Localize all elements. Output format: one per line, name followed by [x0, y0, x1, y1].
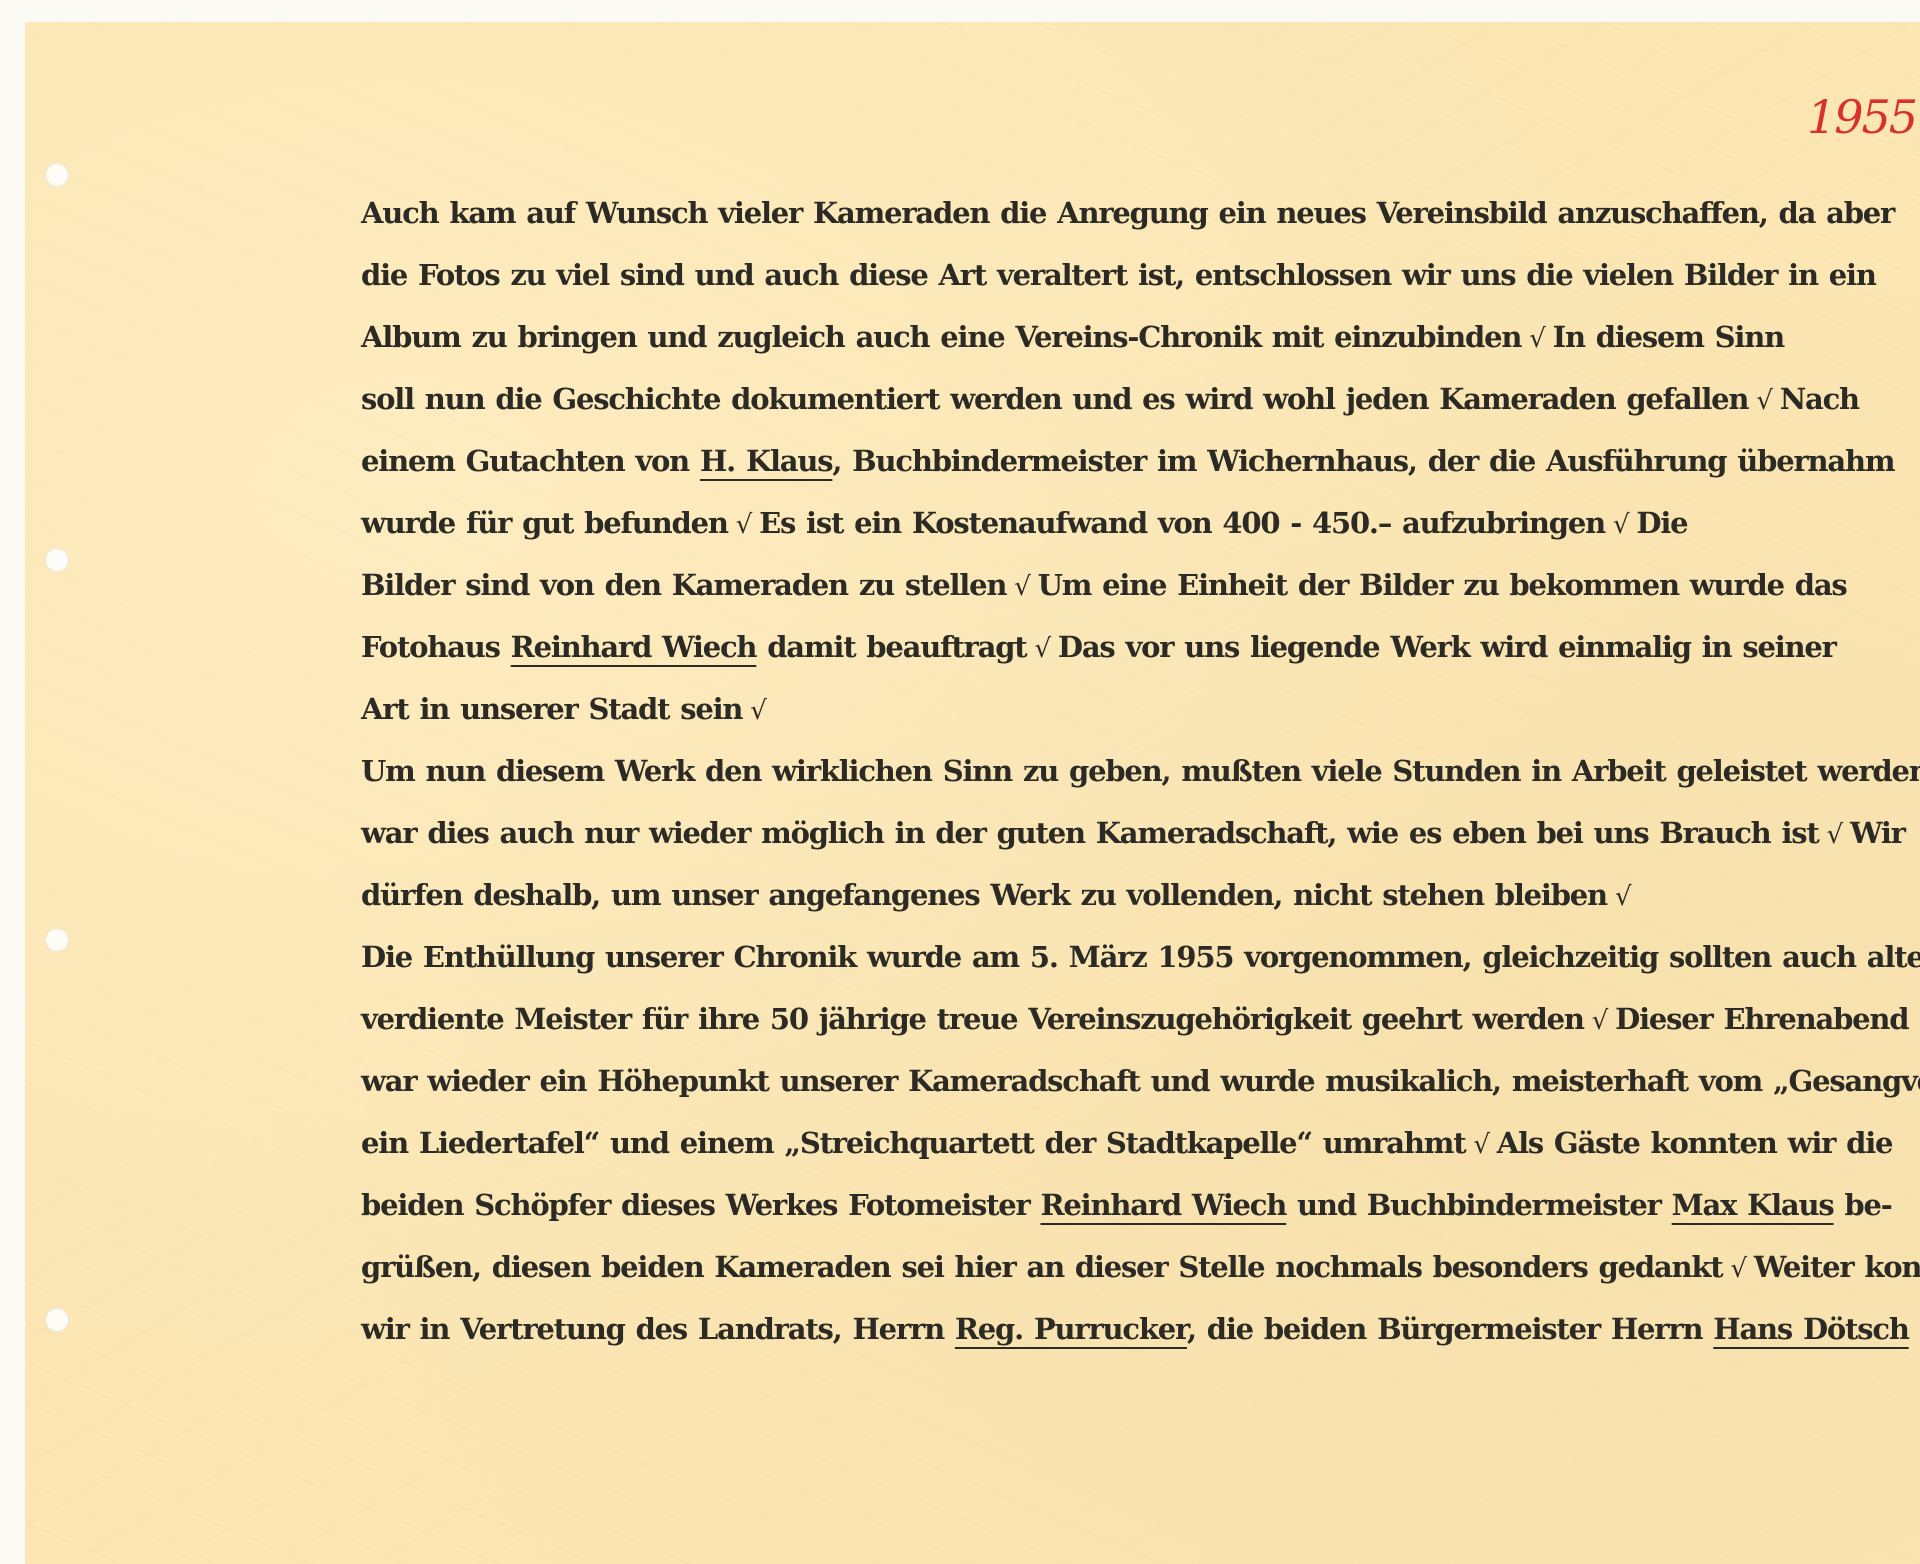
underlined-name: Reg. Purrucker	[955, 1312, 1187, 1346]
text-segment: einem Gutachten von	[361, 444, 700, 478]
chronicle-text-body: Auch kam auf Wunsch vieler Kameraden die…	[361, 182, 1821, 1360]
text-segment: Die	[1636, 506, 1687, 540]
text-segment: , Buchbindermeister im Wichernhaus, der …	[832, 444, 1894, 478]
sentence-mark-icon: √	[1607, 882, 1638, 912]
sentence-mark-icon: √	[1006, 572, 1037, 602]
text-segment: Um nun diesem Werk den wirklichen Sinn z…	[361, 754, 1920, 788]
punch-hole	[45, 548, 69, 572]
text-line: ein Liedertafel“ und einem „Streichquart…	[361, 1112, 1821, 1174]
text-line: die Fotos zu viel sind und auch diese Ar…	[361, 244, 1821, 306]
text-segment: soll nun die Geschichte dokumentiert wer…	[361, 382, 1748, 416]
punch-hole	[45, 928, 69, 952]
text-segment: Dieser Ehrenabend	[1615, 1002, 1908, 1036]
underlined-name: Reinhard Wiech	[1041, 1188, 1287, 1222]
year-heading: 1955	[1807, 90, 1916, 144]
text-line: einem Gutachten von H. Klaus, Buchbinder…	[361, 430, 1821, 492]
text-line: beiden Schöpfer dieses Werkes Fotomeiste…	[361, 1174, 1821, 1236]
text-segment: In diesem Sinn	[1553, 320, 1784, 354]
text-segment: und Buchbindermeister	[1286, 1188, 1671, 1222]
text-line: Die Enthüllung unserer Chronik wurde am …	[361, 926, 1821, 988]
text-segment: Es ist ein Kostenaufwand von 400 - 450.–…	[759, 506, 1605, 540]
text-segment: be-	[1834, 1188, 1892, 1222]
text-segment: Die Enthüllung unserer Chronik wurde am …	[361, 940, 1920, 974]
text-segment: dürfen deshalb, um unser angefangenes We…	[361, 878, 1607, 912]
text-segment: war dies auch nur wieder möglich in der …	[361, 816, 1819, 850]
text-segment: Das vor uns liegende Werk wird einmalig …	[1058, 630, 1836, 664]
text-line: Art in unserer Stadt sein√	[361, 678, 1821, 740]
sentence-mark-icon: √	[1723, 1254, 1754, 1284]
text-line: wurde für gut befunden√Es ist ein Kosten…	[361, 492, 1821, 554]
sentence-mark-icon: √	[1584, 1006, 1615, 1036]
text-segment: verdiente Meister für ihre 50 jährige tr…	[361, 1002, 1584, 1036]
text-line: Album zu bringen und zugleich auch eine …	[361, 306, 1821, 368]
underlined-name: Max Klaus	[1672, 1188, 1834, 1222]
text-segment: Nach	[1780, 382, 1859, 416]
text-line: dürfen deshalb, um unser angefangenes We…	[361, 864, 1821, 926]
text-segment: Auch kam auf Wunsch vieler Kameraden die…	[361, 196, 1894, 230]
text-line: grüßen, diesen beiden Kameraden sei hier…	[361, 1236, 1821, 1298]
text-line: wir in Vertretung des Landrats, Herrn Re…	[361, 1298, 1821, 1360]
text-segment: u.	[1909, 1312, 1920, 1346]
text-line: war wieder ein Höhepunkt unserer Kamerad…	[361, 1050, 1821, 1112]
text-line: Bilder sind von den Kameraden zu stellen…	[361, 554, 1821, 616]
sentence-mark-icon: √	[1605, 510, 1636, 540]
text-segment: die Fotos zu viel sind und auch diese Ar…	[361, 258, 1876, 292]
text-segment: Fotohaus	[361, 630, 511, 664]
text-segment: Bilder sind von den Kameraden zu stellen	[361, 568, 1006, 602]
text-segment: Wir	[1850, 816, 1905, 850]
parchment-page: 1955 Auch kam auf Wunsch vieler Kamerade…	[25, 22, 1920, 1564]
punch-hole	[45, 163, 69, 187]
underlined-name: Hans Dötsch	[1713, 1312, 1908, 1346]
underlined-name: Reinhard Wiech	[511, 630, 757, 664]
sentence-mark-icon: √	[1748, 386, 1779, 416]
punch-hole	[45, 1308, 69, 1332]
underlined-name: H. Klaus	[700, 444, 832, 478]
text-segment: damit beauftragt	[756, 630, 1026, 664]
sentence-mark-icon: √	[742, 696, 773, 726]
text-segment: grüßen, diesen beiden Kameraden sei hier…	[361, 1250, 1723, 1284]
sentence-mark-icon: √	[728, 510, 759, 540]
text-segment: Art in unserer Stadt sein	[361, 692, 742, 726]
text-segment: beiden Schöpfer dieses Werkes Fotomeiste…	[361, 1188, 1041, 1222]
text-segment: wir in Vertretung des Landrats, Herrn	[361, 1312, 955, 1346]
sentence-mark-icon: √	[1465, 1130, 1496, 1160]
text-segment: Weiter konnten	[1754, 1250, 1920, 1284]
sentence-mark-icon: √	[1027, 634, 1058, 664]
text-line: Auch kam auf Wunsch vieler Kameraden die…	[361, 182, 1821, 244]
text-line: soll nun die Geschichte dokumentiert wer…	[361, 368, 1821, 430]
text-segment: wurde für gut befunden	[361, 506, 728, 540]
text-line: war dies auch nur wieder möglich in der …	[361, 802, 1821, 864]
text-line: verdiente Meister für ihre 50 jährige tr…	[361, 988, 1821, 1050]
text-segment: Um eine Einheit der Bilder zu bekommen w…	[1038, 568, 1847, 602]
text-segment: Als Gäste konnten wir die	[1497, 1126, 1893, 1160]
text-segment: war wieder ein Höhepunkt unserer Kamerad…	[361, 1064, 1920, 1098]
sentence-mark-icon: √	[1819, 820, 1850, 850]
text-line: Um nun diesem Werk den wirklichen Sinn z…	[361, 740, 1821, 802]
text-line: Fotohaus Reinhard Wiech damit beauftragt…	[361, 616, 1821, 678]
text-segment: Album zu bringen und zugleich auch eine …	[361, 320, 1521, 354]
text-segment: , die beiden Bürgermeister Herrn	[1187, 1312, 1713, 1346]
sentence-mark-icon: √	[1521, 324, 1552, 354]
text-segment: ein Liedertafel“ und einem „Streichquart…	[361, 1126, 1465, 1160]
